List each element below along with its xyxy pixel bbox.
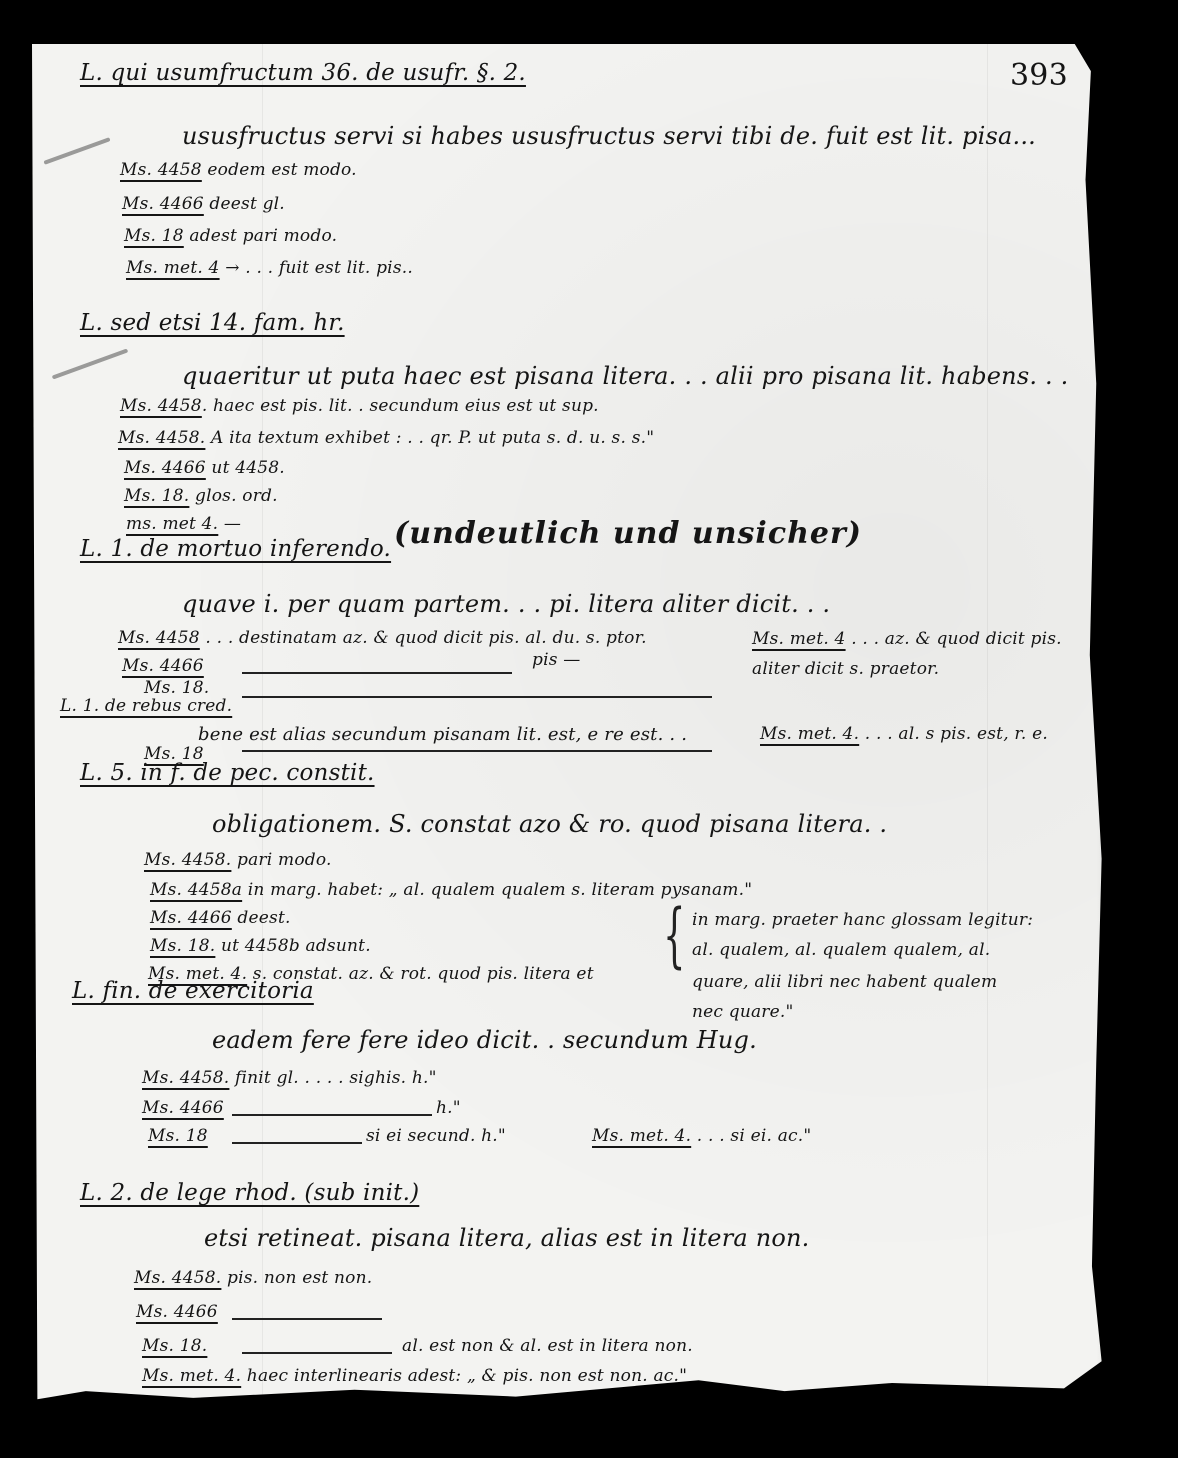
ms-reading: pari modo.: [237, 850, 332, 870]
ms-siglum: Ms. 4458: [118, 628, 200, 648]
side-note: Ms. met. 4. . . . al. s pis. est, r. e.: [760, 724, 1048, 744]
ms-siglum: Ms. 4458: [120, 160, 202, 180]
section-heading: L. sed etsi 14. fam. hr.: [80, 310, 345, 336]
ms-entry: Ms. 4458a in marg. habet: „ al. qualem q…: [150, 880, 752, 900]
ms-entry: Ms. 4458. finit gl. . . . . sighis. h.": [142, 1068, 437, 1088]
ms-reading: ut 4458.: [211, 458, 284, 478]
bracket-note-line: quare, alii libri nec habent qualem: [692, 972, 997, 992]
ms-entry: Ms. 4458. pis. non est non.: [134, 1268, 372, 1288]
ms-entry: Ms. 4466 deest gl.: [122, 194, 285, 214]
ditto-line: [232, 1142, 362, 1144]
ms-reading: haec est pis. lit. . secundum eius est u…: [213, 396, 599, 416]
side-note: Ms. met. 4 . . . az. & quod dicit pis. a…: [752, 624, 1112, 684]
ditto-line: [242, 1352, 392, 1354]
ms-entry: Ms. 18. glos. ord.: [124, 486, 278, 506]
ms-reading: deest.: [237, 908, 290, 928]
section-heading: L. 2. de lege rhod. (sub init.): [80, 1180, 419, 1206]
ms-entry: Ms. 4458. pari modo.: [144, 850, 332, 870]
ms-reading: → . . . fuit est lit. pis..: [225, 258, 413, 278]
ms-entry: Ms. met. 4. haec interlinearis adest: „ …: [142, 1366, 687, 1386]
ms-entry: Ms. 18. ut 4458b adsunt.: [150, 936, 371, 956]
ms-siglum: ms. met 4.: [126, 514, 218, 534]
ms-siglum: Ms. met. 4: [126, 258, 220, 278]
ms-reading: . . . si ei. ac.": [697, 1126, 812, 1146]
ms-reading: al. est non & al. est in litera non.: [402, 1336, 693, 1356]
lemma-line: obligationem. S. constat azo & ro. quod …: [212, 810, 887, 838]
ditto-line: [242, 696, 712, 698]
ms-entry: Ms. 18.: [142, 1336, 207, 1356]
ms-reading: . . . al. s pis. est, r. e.: [865, 724, 1048, 744]
ms-entry: Ms. met. 4 → . . . fuit est lit. pis..: [126, 258, 413, 278]
lemma-line: eadem fere fere ideo dicit. . secundum H…: [212, 1026, 757, 1054]
section-heading: L. 5. in f. de pec. constit.: [80, 760, 375, 786]
section-heading: L. 1. de mortuo inferendo.: [80, 536, 391, 562]
ditto-line: [242, 672, 512, 674]
lemma-line: quaeritur ut puta haec est pisana litera…: [182, 362, 1069, 390]
ms-entry: Ms. 4466: [122, 656, 204, 676]
ms-reading: haec interlinearis adest: „ & pis. non e…: [247, 1366, 687, 1386]
pencil-mark: [43, 137, 110, 165]
ms-siglum: Ms. 4458: [120, 396, 202, 416]
ms-siglum: Ms. 18: [148, 1126, 208, 1146]
ms-siglum: Ms. 18.: [142, 1336, 207, 1356]
ditto-line: [232, 1114, 432, 1116]
ms-entry: ms. met 4. —: [126, 514, 241, 534]
ms-entry: Ms. 4458. haec est pis. lit. . secundum …: [120, 396, 599, 416]
ms-reading: pis. non est non.: [227, 1268, 372, 1288]
ms-reading: finit gl. . . . . sighis. h.": [235, 1068, 437, 1088]
ditto-line: [242, 750, 712, 752]
ms-entry: Ms. 4458. A ita textum exhibet : . . qr.…: [118, 428, 654, 448]
ms-siglum: Ms. 18.: [150, 936, 215, 956]
ms-siglum: Ms. 4458.: [144, 850, 231, 870]
ms-reading: . . . destinatam az. & quod dicit pis. a…: [205, 628, 646, 648]
ms-siglum: Ms. 4466: [122, 194, 204, 214]
corner-mark: 3.: [1082, 42, 1098, 60]
section-heading: L. qui usumfructum 36. de usufr. §. 2.: [80, 60, 526, 86]
lemma-line: quave i. per quam partem. . . pi. litera…: [182, 590, 830, 618]
paper-fold-line: [987, 44, 988, 1402]
lemma-line: ususfructus servi si habes ususfructus s…: [182, 122, 1036, 150]
ms-entry: Ms. 4466: [142, 1098, 224, 1118]
ms-siglum: Ms. 4458.: [118, 428, 205, 448]
ms-siglum: Ms. 18.: [144, 678, 209, 698]
ms-reading: h.": [436, 1098, 461, 1118]
ms-siglum: Ms. met. 4: [752, 629, 846, 649]
ms-siglum: Ms. 18: [124, 226, 184, 246]
bracket-note-line: al. qualem, al. qualem qualem, al.: [692, 940, 990, 960]
ms-entry: Ms. 4458 . . . destinatam az. & quod dic…: [118, 628, 647, 648]
ms-reading: deest gl.: [209, 194, 285, 214]
side-note: Ms. met. 4. . . . si ei. ac.": [592, 1126, 811, 1146]
pencil-mark: [52, 348, 129, 379]
ms-reading: si ei secund. h.": [366, 1126, 506, 1146]
ms-entry: Ms. 4466: [136, 1302, 218, 1322]
ms-siglum: Ms. 4458a: [150, 880, 242, 900]
ms-siglum: Ms. met. 4.: [760, 724, 859, 744]
ms-reading: —: [224, 514, 241, 534]
ms-reading: eodem est modo.: [207, 160, 356, 180]
ms-entry: Ms. 18 adest pari modo.: [124, 226, 337, 246]
ms-siglum: Ms. 18.: [124, 486, 189, 506]
ms-siglum: Ms. 4466: [124, 458, 206, 478]
ms-siglum: Ms. 4466: [122, 656, 204, 676]
ms-entry: Ms. 4458 eodem est modo.: [120, 160, 357, 180]
ms-siglum: Ms. 4466: [142, 1098, 224, 1118]
bracket-note-line: in marg. praeter hanc glossam legitur:: [692, 910, 1033, 930]
editor-aside: (undeutlich und unsicher): [394, 516, 862, 551]
manuscript-page: 393 3. L. qui usumfructum 36. de usufr. …: [32, 44, 1107, 1402]
ms-siglum: Ms. 4466: [150, 908, 232, 928]
ms-entry: Ms. 4466 deest.: [150, 908, 291, 928]
bracket-mark: {: [663, 894, 685, 976]
ms-reading: glos. ord.: [195, 486, 278, 506]
lemma-line: bene est alias secundum pisanam lit. est…: [198, 724, 687, 745]
ms-siglum: Ms. 4458.: [142, 1068, 229, 1088]
ms-reading: ut 4458b adsunt.: [221, 936, 371, 956]
ms-reading: A ita textum exhibet : . . qr. P. ut put…: [211, 428, 654, 448]
ms-reading: adest pari modo.: [189, 226, 337, 246]
ms-entry: Ms. 18: [148, 1126, 208, 1146]
lemma-line: etsi retineat. pisana litera, alias est …: [204, 1224, 810, 1252]
ditto-line: [232, 1318, 382, 1320]
ms-siglum: Ms. met. 4.: [142, 1366, 241, 1386]
folio-number: 393: [1010, 58, 1068, 93]
section-heading: L. 1. de rebus cred.: [60, 696, 232, 716]
bracket-note-line: nec quare.": [692, 1002, 794, 1022]
ms-siglum: Ms. 4466: [136, 1302, 218, 1322]
ms-siglum: Ms. 4458.: [134, 1268, 221, 1288]
ms-siglum: Ms. met. 4.: [592, 1126, 691, 1146]
ms-entry: Ms. 18.: [144, 678, 209, 698]
ms-entry: Ms. 4466 ut 4458.: [124, 458, 285, 478]
ms-reading: pis —: [532, 650, 580, 670]
section-heading: L. fin. de exercitoria: [72, 978, 314, 1004]
